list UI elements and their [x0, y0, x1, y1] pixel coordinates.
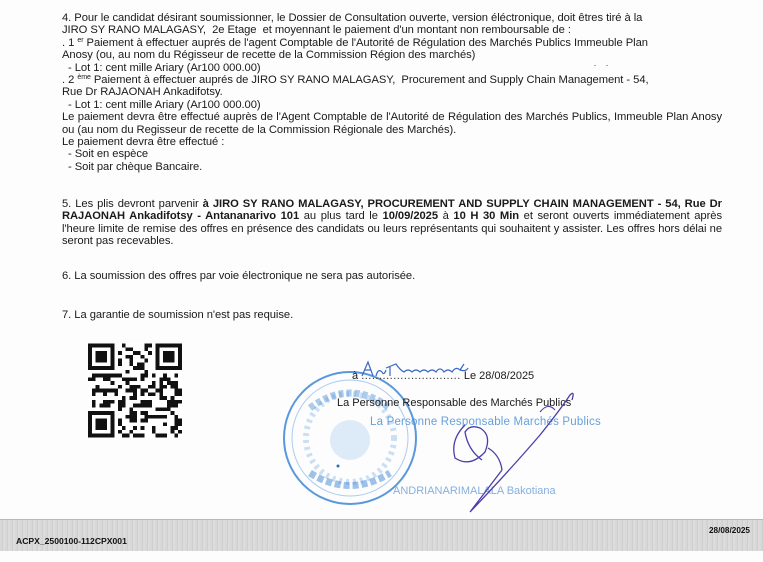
footer-date: 28/08/2025 [709, 526, 750, 535]
payment-place: Le paiement devra être effectué auprès d… [62, 111, 722, 136]
deadline-time: 10 H 30 Min [453, 210, 519, 222]
payment-method-cash: - Soit en espèce [62, 148, 722, 160]
payment-2-line-2: Rue Dr RAJAONAH Ankadifotsy. [62, 86, 722, 98]
deadline-date: 10/09/2025 [383, 210, 439, 222]
document-page: 4. Pour le candidat désirant soumissionn… [0, 0, 763, 562]
section-6-electronic: 6. La soumission des offres par voie éle… [62, 270, 722, 282]
section-4-intro-line-2: JIRO SY RANO MALAGASY, 2e Etage et moyen… [62, 24, 722, 36]
section-7-guarantee: 7. La garantie de soumission n'est pas r… [62, 309, 722, 321]
payment-2: . 2 ème Paiement à effectuer auprés de J… [62, 74, 722, 86]
section-5-submission: 5. Les plis devront parvenir à JIRO SY R… [62, 198, 722, 248]
payment-1: . 1 er Paiement à effectuer auprés de l'… [62, 37, 722, 49]
scan-speck [606, 65, 608, 66]
payment-method-cheque: - Soit par chèque Bancaire. [62, 161, 722, 173]
payment-method-intro: Le paiement devra être effectué : [62, 136, 722, 148]
payment-2-lot: - Lot 1: cent mille Ariary (Ar100 000.00… [62, 99, 722, 111]
section-4-payment: 4. Pour le candidat désirant soumissionn… [62, 12, 722, 173]
payment-1-lot: - Lot 1: cent mille Ariary (Ar100 000.00… [62, 62, 722, 74]
payment-1-line-2: Anosy (ou, au nom du Régisseur de recett… [62, 49, 722, 61]
signature-icon [430, 340, 610, 515]
footer-band [0, 519, 763, 551]
qr-code-icon [88, 343, 182, 438]
scan-speck [594, 65, 596, 66]
section-4-intro-line-1: 4. Pour le candidat désirant soumissionn… [62, 12, 722, 24]
document-reference: ACPX_2500100-112CPX001 [16, 536, 127, 546]
